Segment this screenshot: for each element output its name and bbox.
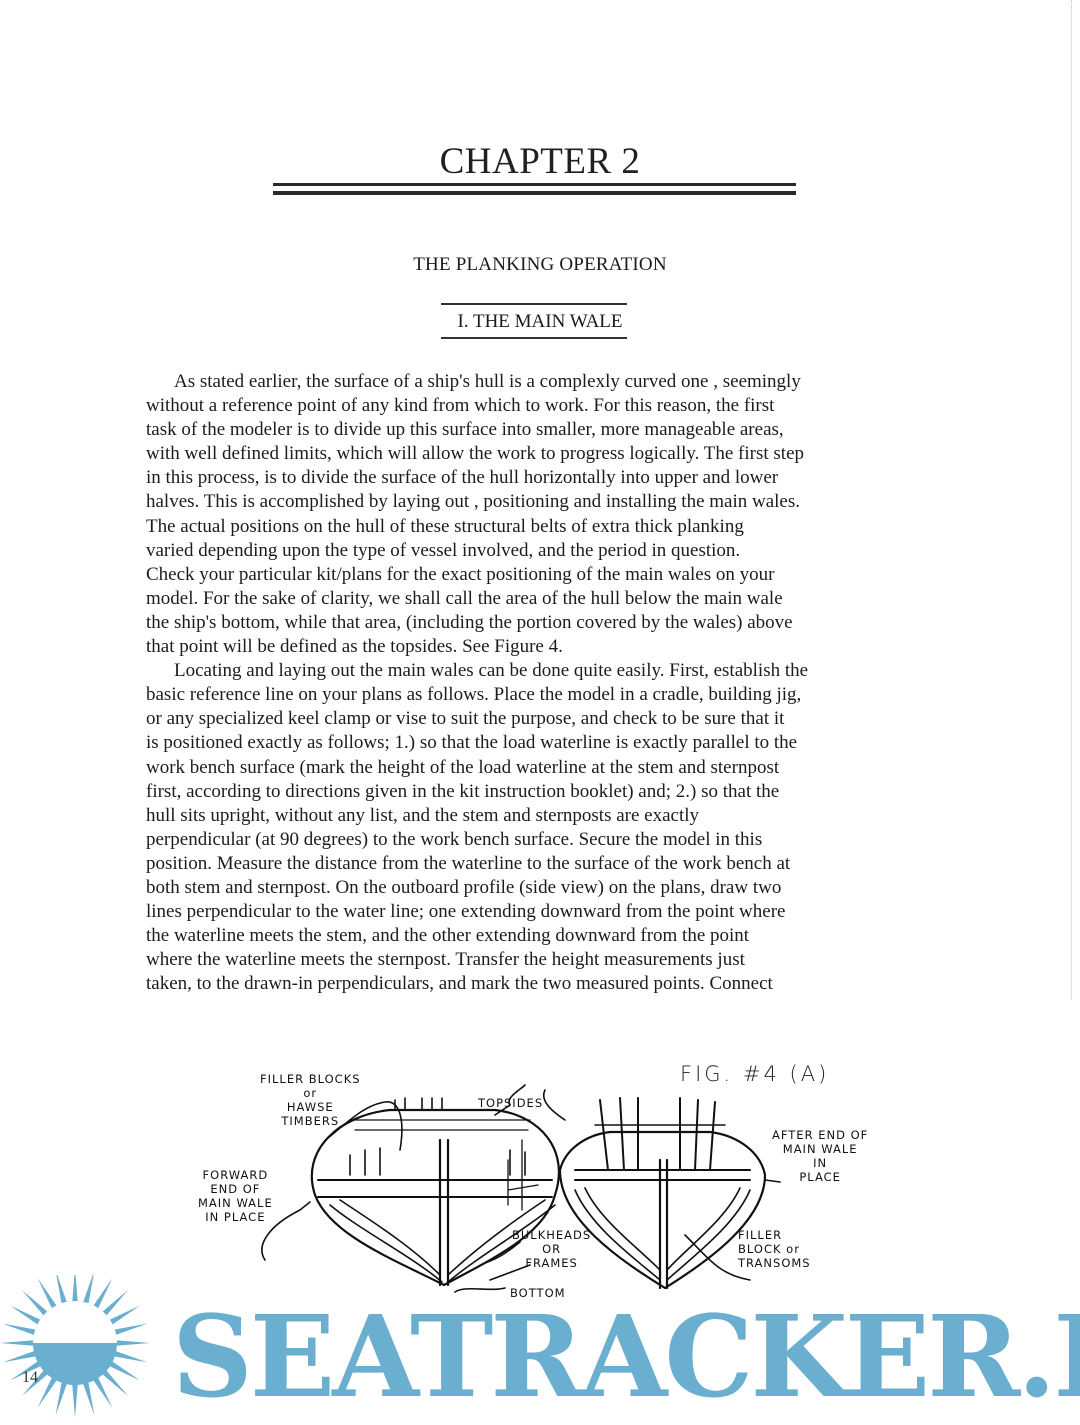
label-after-end: AFTER END OF MAIN WALE IN PLACE: [772, 1128, 868, 1184]
chapter-rule-bottom: [273, 191, 796, 195]
section-title: THE PLANKING OPERATION: [0, 254, 1080, 276]
body-line: with well defined limits, which will all…: [146, 442, 956, 466]
label-topsides: TOPSIDES: [478, 1096, 543, 1110]
measure-arrows: [508, 1140, 538, 1210]
body-line: perpendicular (at 90 degrees) to the wor…: [146, 828, 956, 852]
body-line: the ship's bottom, while that area, (inc…: [146, 611, 956, 635]
chapter-title: CHAPTER 2: [0, 140, 1080, 183]
body-line: hull sits upright, without any list, and…: [146, 804, 956, 828]
body-line: without a reference point of any kind fr…: [146, 394, 956, 418]
label-filler-blocks: FILLER BLOCKS or HAWSE TIMBERS: [260, 1072, 361, 1128]
body-line: As stated earlier, the surface of a ship…: [146, 370, 956, 394]
body-line: model. For the sake of clarity, we shall…: [146, 587, 956, 611]
topsides-leader-2: [544, 1090, 565, 1120]
label-filler-block-transoms: FILLER BLOCK or TRANSOMS: [738, 1228, 811, 1270]
figure-4a: FIG. #4 (A) FILLER BLOCKS or HAWSE TIMBE…: [190, 1060, 930, 1310]
subsection-rule-bottom: [441, 337, 627, 339]
label-bulkheads: BULKHEADS OR FRAMES: [512, 1228, 591, 1270]
sun-logo-icon: [0, 1275, 200, 1425]
body-line: or any specialized keel clamp or vise to…: [146, 707, 956, 731]
label-forward-end: FORWARD END OF MAIN WALE IN PLACE: [198, 1168, 273, 1224]
body-line: that point will be defined as the topsid…: [146, 635, 956, 659]
body-line: in this process, is to divide the surfac…: [146, 466, 956, 490]
body-line: The actual positions on the hull of thes…: [146, 515, 956, 539]
body-line: position. Measure the distance from the …: [146, 852, 956, 876]
figure-title: FIG. #4 (A): [680, 1062, 829, 1086]
subsection-rule-top: [441, 303, 627, 305]
subsection-title: I. THE MAIN WALE: [0, 311, 1080, 333]
body-line: first, according to directions given in …: [146, 780, 956, 804]
body-line: task of the modeler is to divide up this…: [146, 418, 956, 442]
body-line: both stem and sternpost. On the outboard…: [146, 876, 956, 900]
body-line: halves. This is accomplished by laying o…: [146, 490, 956, 514]
watermark-text: SEATRACKER.RU: [172, 1302, 1080, 1414]
body-line: where the waterline meets the sternpost.…: [146, 948, 956, 972]
body-line: varied depending upon the type of vessel…: [146, 539, 956, 563]
page-number: 14: [22, 1369, 38, 1387]
body-text: As stated earlier, the surface of a ship…: [146, 370, 956, 996]
body-line: work bench surface (mark the height of t…: [146, 756, 956, 780]
body-line: lines perpendicular to the water line; o…: [146, 900, 956, 924]
body-line: basic reference line on your plans as fo…: [146, 683, 956, 707]
chapter-rule-top: [273, 183, 796, 186]
body-line: is positioned exactly as follows; 1.) so…: [146, 731, 956, 755]
body-line: Locating and laying out the main wales c…: [146, 659, 956, 683]
body-line: Check your particular kit/plans for the …: [146, 563, 956, 587]
body-line: the waterline meets the stem, and the ot…: [146, 924, 956, 948]
body-line: taken, to the drawn-in perpendiculars, a…: [146, 972, 956, 996]
